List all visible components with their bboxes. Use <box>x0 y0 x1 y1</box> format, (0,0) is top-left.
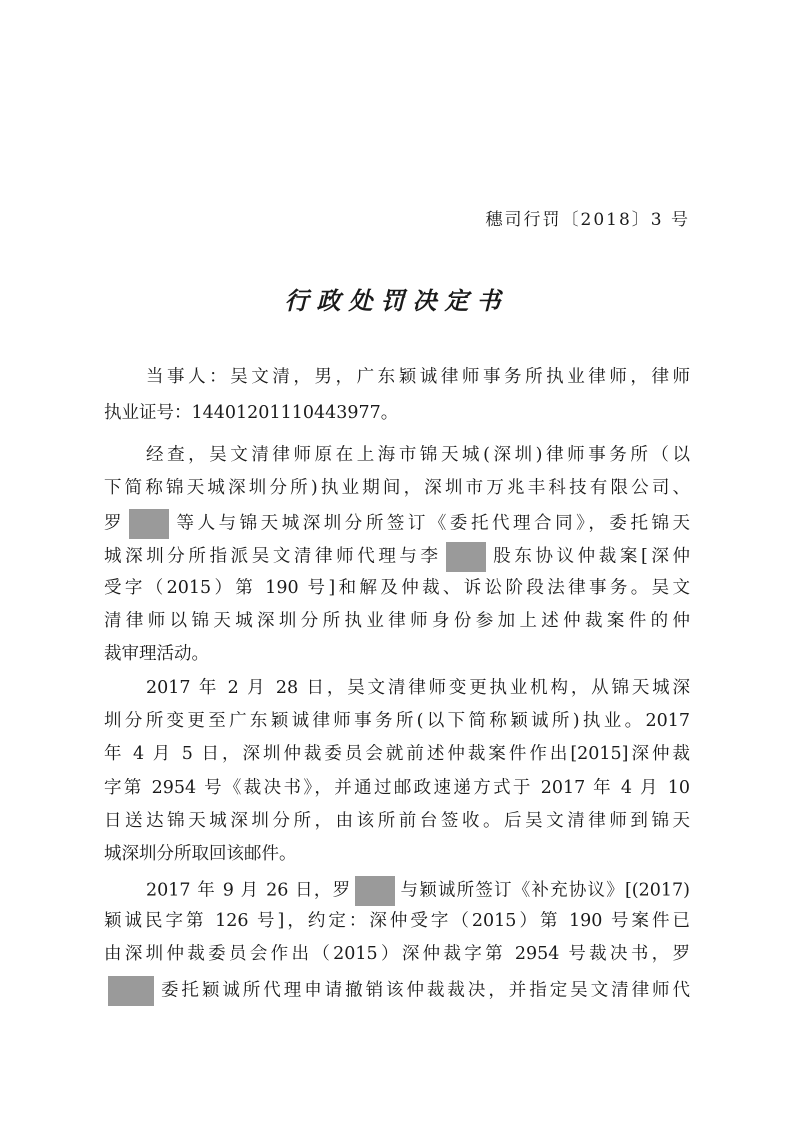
text-line: 由深圳仲裁委员会作出（2015）深仲裁字第 2954 号裁决书，罗 <box>104 942 690 966</box>
text-line: 执业证号：14401201110443977。 <box>104 401 690 425</box>
text-line: 当事人：吴文清，男，广东颖诚律师事务所执业律师，律师 <box>146 365 690 389</box>
text-segment: 委托颖诚所代理申请撤销该仲裁裁决，并指定吴文清律师代 <box>158 981 690 1001</box>
text-segment: 受字（2015）第 190 号]和解及仲裁、诉讼阶段法律事务。吴文 <box>104 578 690 598</box>
text-segment: 城深圳分所取回该邮件。 <box>104 844 297 864</box>
text-line: 城深圳分所取回该邮件。 <box>104 842 690 866</box>
text-segment: 裁审理活动。 <box>104 644 209 664</box>
text-segment: 罗 <box>104 514 125 534</box>
text-segment: 城深圳分所指派吴文清律师代理与李 <box>104 547 442 567</box>
redaction-box <box>108 976 154 1006</box>
text-line: 经查，吴文清律师原在上海市锦天城(深圳)律师事务所（以 <box>146 443 690 467</box>
text-line: 字第 2954 号《裁决书》，并通过邮政速递方式于 2017 年 4 月 10 <box>104 776 690 800</box>
document-title: 行政处罚决定书 <box>0 281 793 316</box>
text-segment: 由深圳仲裁委员会作出（2015）深仲裁字第 2954 号裁决书，罗 <box>104 944 690 964</box>
text-line: 2017 年 2 月 28 日，吴文清律师变更执业机构，从锦天城深 <box>146 676 690 700</box>
redaction-box <box>355 876 395 906</box>
text-segment: 与颖诚所签订《补充协议》[(2017) <box>399 881 690 901</box>
redaction-box <box>446 542 486 572</box>
text-segment: 年 4 月 5 日，深圳仲裁委员会就前述仲裁案件作出[2015]深仲裁 <box>104 744 690 764</box>
text-line: 城深圳分所指派吴文清律师代理与李股东协议仲裁案[深仲 <box>104 542 690 566</box>
text-segment: 股东协议仲裁案[深仲 <box>490 547 690 567</box>
text-line: 颖诚民字第 126 号]，约定：深仲受字（2015）第 190 号案件已 <box>104 909 690 933</box>
redaction-box <box>129 509 169 539</box>
text-line: 受字（2015）第 190 号]和解及仲裁、诉讼阶段法律事务。吴文 <box>104 576 690 600</box>
text-segment: 颖诚民字第 126 号]，约定：深仲受字（2015）第 190 号案件已 <box>104 911 690 931</box>
text-segment: 当事人：吴文清，男，广东颖诚律师事务所执业律师，律师 <box>146 367 690 387</box>
text-segment: 清律师以锦天城深圳分所执业律师身份参加上述仲裁案件的仲 <box>104 611 690 631</box>
text-segment: 执业证号：14401201110443977。 <box>104 403 398 423</box>
text-line: 委托颖诚所代理申请撤销该仲裁裁决，并指定吴文清律师代 <box>104 976 690 1000</box>
text-line: 日送达锦天城深圳分所，由该所前台签收。后吴文清律师到锦天 <box>104 809 690 833</box>
text-segment: 下简称锦天城深圳分所)执业期间，深圳市万兆丰科技有限公司、 <box>104 478 690 498</box>
text-segment: 等人与锦天城深圳分所签订《委托代理合同》，委托锦天 <box>173 514 690 534</box>
text-segment: 经查，吴文清律师原在上海市锦天城(深圳)律师事务所（以 <box>146 445 690 465</box>
text-segment: 2017 年 9 月 26 日，罗 <box>146 881 351 901</box>
text-segment: 2017 年 2 月 28 日，吴文清律师变更执业机构，从锦天城深 <box>146 678 690 698</box>
text-segment: 字第 2954 号《裁决书》，并通过邮政速递方式于 2017 年 4 月 10 <box>104 778 690 798</box>
text-line: 裁审理活动。 <box>104 642 690 666</box>
text-line: 2017 年 9 月 26 日，罗与颖诚所签订《补充协议》[(2017) <box>146 876 690 900</box>
text-line: 清律师以锦天城深圳分所执业律师身份参加上述仲裁案件的仲 <box>104 609 690 633</box>
text-line: 圳分所变更至广东颖诚律师事务所(以下简称颖诚所)执业。2017 <box>104 709 690 733</box>
text-line: 罗等人与锦天城深圳分所签订《委托代理合同》，委托锦天 <box>104 509 690 533</box>
text-segment: 圳分所变更至广东颖诚律师事务所(以下简称颖诚所)执业。2017 <box>104 711 690 731</box>
text-line: 下简称锦天城深圳分所)执业期间，深圳市万兆丰科技有限公司、 <box>104 476 690 500</box>
text-line: 年 4 月 5 日，深圳仲裁委员会就前述仲裁案件作出[2015]深仲裁 <box>104 742 690 766</box>
text-segment: 日送达锦天城深圳分所，由该所前台签收。后吴文清律师到锦天 <box>104 811 690 831</box>
document-number: 穗司行罚〔2018〕3 号 <box>486 205 690 230</box>
